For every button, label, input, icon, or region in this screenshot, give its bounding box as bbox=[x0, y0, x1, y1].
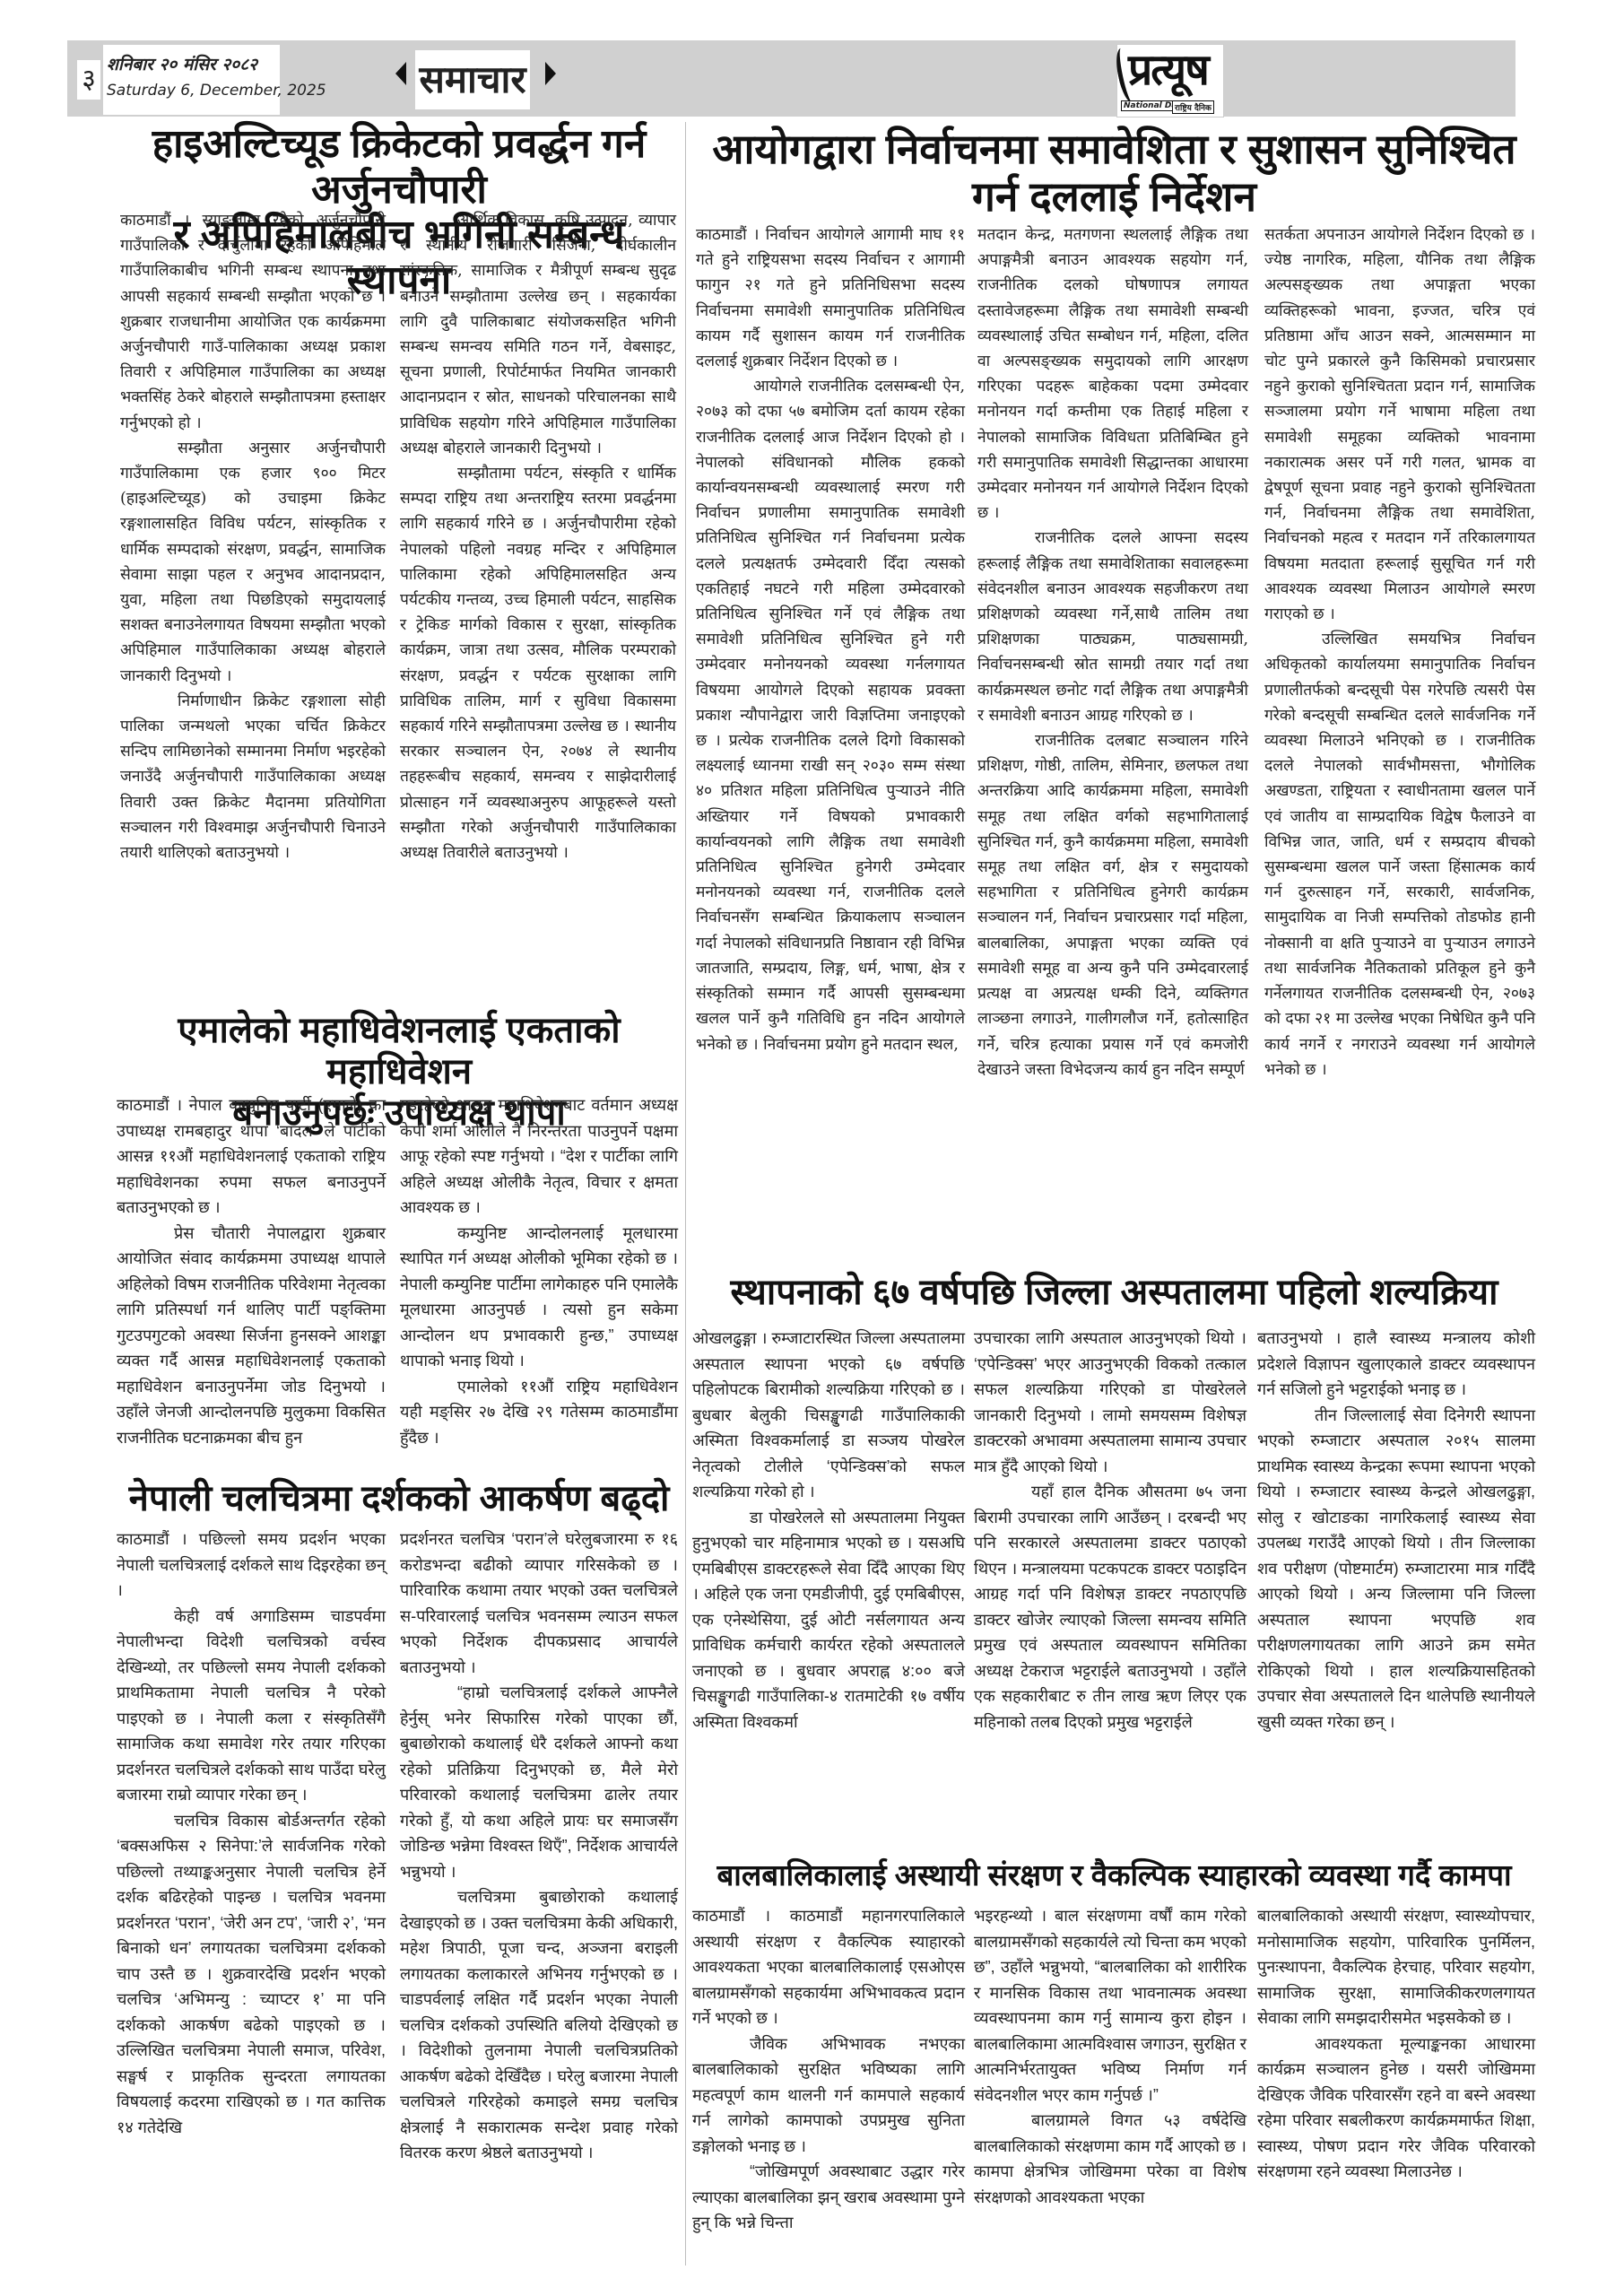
article-column: भइरहन्थ्यो । बाल संरक्षणमा वर्षौं काम गर… bbox=[974, 1903, 1246, 2210]
logo-title: प्रत्यूष bbox=[1128, 39, 1208, 98]
triangle-left-icon bbox=[395, 62, 406, 85]
paragraph: राजनीतिक दलबाट सञ्चालन गरिने प्रशिक्षण, … bbox=[977, 728, 1248, 1083]
paragraph: कम्युनिष्ट आन्दोलनलाई मूलधारमा स्थापित ग… bbox=[400, 1221, 678, 1374]
paragraph: “हाम्रो चलचित्रलाई दर्शकले आफ्नैले हेर्न… bbox=[400, 1680, 678, 1884]
paragraph: राजनीतिक दलले आफ्ना सदस्य हरूलाई लैङ्गिक… bbox=[977, 526, 1248, 728]
article-column: काठमाडौं । निर्वाचन आयोगले आगामी माघ ११ … bbox=[696, 222, 965, 1057]
paragraph: सम्झौतामा पर्यटन, संस्कृति र धार्मिक सम्… bbox=[400, 461, 676, 865]
paragraph: काठमाडौं । नेपाल कम्युनिष्ट पार्टी (एमाल… bbox=[117, 1092, 386, 1221]
paragraph: मतदान केन्द्र, मतगणना स्थललाई लैङ्गिक तथ… bbox=[977, 222, 1248, 526]
paragraph: काठमाडौं । निर्वाचन आयोगले आगामी माघ ११ … bbox=[696, 222, 965, 374]
paragraph: यहाँ हाल दैनिक औसतमा ७५ जना बिरामी उपचार… bbox=[974, 1479, 1246, 1735]
paragraph: बालबालिकाको अस्थायी संरक्षण, स्वास्थ्योप… bbox=[1257, 1903, 1535, 2031]
paragraph: आयोगले राजनीतिक दलसम्बन्धी ऐन, २०७३ को द… bbox=[696, 374, 965, 1057]
headline-line: गर्न दललाई निर्देशन bbox=[690, 173, 1538, 221]
article-column: काठमाडौं । काठमाडौं महानगरपालिकाले अस्था… bbox=[692, 1903, 965, 2236]
paragraph: एमालेको ११औं राष्ट्रिय महाधिवेशन यही मङ्… bbox=[400, 1374, 678, 1451]
paragraph: उल्लिखित समयभित्र निर्वाचन अधिकृतको कार्… bbox=[1264, 627, 1535, 1083]
section-title: समाचार bbox=[415, 50, 530, 109]
article-column: बालबालिकाको अस्थायी संरक्षण, स्वास्थ्योप… bbox=[1257, 1903, 1535, 2185]
paragraph: ओखलढुङ्गा । रुम्जाटारस्थित जिल्ला अस्पता… bbox=[692, 1326, 965, 1505]
paragraph: प्रदर्शनरत चलचित्र ‘परान’ले घरेलुबजारमा … bbox=[400, 1526, 678, 1680]
paragraph: निर्माणाधीन क्रिकेट रङ्गशाला सोही पालिका… bbox=[120, 689, 386, 865]
article-column: सतर्कता अपनाउन आयोगले निर्देशन दिएको छ ।… bbox=[1264, 222, 1535, 1083]
headline-line: आयोगद्वारा निर्वाचनमा समावेशिता र सुशासन… bbox=[690, 126, 1538, 173]
paragraph: आवश्यकता मूल्याङ्कनका आधारमा कार्यक्रम स… bbox=[1257, 2031, 1535, 2185]
paragraph: चलचित्र विकास बोर्डअन्तर्गत रहेको ‘बक्सअ… bbox=[117, 1808, 386, 2141]
paragraph: काठमाडौं । पछिल्लो समय प्रदर्शन भएका नेप… bbox=[117, 1526, 386, 1604]
article-column: ओखलढुङ्गा । रुम्जाटारस्थित जिल्ला अस्पता… bbox=[692, 1326, 965, 1735]
masthead-band bbox=[67, 40, 1515, 117]
article-column: बताउनुभयो । हालै स्वास्थ्य मन्त्रालय कोश… bbox=[1257, 1326, 1535, 1735]
headline-film: नेपाली चलचित्रमा दर्शकको आकर्षण बढ्दो bbox=[117, 1478, 682, 1519]
paragraph: जैविक अभिभावक नभएका बालबालिकाको सुरक्षित… bbox=[692, 2031, 965, 2160]
paragraph: डा पोखरेलले सो अस्पतालमा नियुक्त हुनुभएक… bbox=[692, 1505, 965, 1735]
paragraph: काठमाडौं । स्याङ्जामा रहेको अर्जुनचौपारी… bbox=[120, 208, 386, 436]
logo-tag-nepali: राष्ट्रिय दैनिक bbox=[1172, 100, 1214, 114]
paragraph: बालग्रामले विगत ५३ वर्षदेखि बालबालिकाको … bbox=[974, 2108, 1246, 2210]
paragraph: “जोखिमपूर्ण अवस्थाबाट उद्धार गरेर ल्याएक… bbox=[692, 2159, 965, 2236]
headline-hospital: स्थापनाको ६७ वर्षपछि जिल्ला अस्पतालमा पह… bbox=[690, 1272, 1538, 1313]
date-nepali: शनिबार २० मंसिर २०८२ bbox=[107, 52, 257, 75]
headline-line: एमालेको महाधिवेशनलाई एकताको महाधिवेशन bbox=[117, 1010, 682, 1092]
article-column: प्रदर्शनरत चलचित्र ‘परान’ले घरेलुबजारमा … bbox=[400, 1526, 678, 2166]
paragraph: सतर्कता अपनाउन आयोगले निर्देशन दिएको छ ।… bbox=[1264, 222, 1535, 627]
paragraph: प्रेस चौतारी नेपालद्वारा शुक्रबार आयोजित… bbox=[117, 1221, 386, 1451]
headline-election: आयोगद्वारा निर्वाचनमा समावेशिता र सुशासन… bbox=[690, 126, 1538, 221]
article-column: मतदान केन्द्र, मतगणना स्थललाई लैङ्गिक तथ… bbox=[977, 222, 1248, 1083]
page-number: ३ bbox=[77, 60, 100, 100]
paragraph: आर्थिक विकास, कृषि उत्पादन, व्यापार र स्… bbox=[400, 208, 676, 461]
headline-line: हाइअल्टिच्यूड क्रिकेटको प्रवर्द्धन गर्न … bbox=[117, 122, 682, 213]
article-column: काठमाडौं । पछिल्लो समय प्रदर्शन भएका नेप… bbox=[117, 1526, 386, 2140]
date-english: Saturday 6, December, 2025 bbox=[107, 82, 326, 100]
article-column: काठमाडौं । स्याङ्जामा रहेको अर्जुनचौपारी… bbox=[120, 208, 386, 865]
article-column: उपचारका लागि अस्पताल आउनुभएको थियो । ‘एप… bbox=[974, 1326, 1246, 1735]
paragraph: भइरहन्थ्यो । बाल संरक्षणमा वर्षौं काम गर… bbox=[974, 1903, 1246, 2108]
paragraph: बताउनुभयो । हालै स्वास्थ्य मन्त्रालय कोश… bbox=[1257, 1326, 1535, 1403]
paragraph: चलचित्रमा बुबाछोराको कथालाई देखाइएको छ ।… bbox=[400, 1884, 678, 2166]
paragraph: उपचारका लागि अस्पताल आउनुभएको थियो । ‘एप… bbox=[974, 1326, 1246, 1479]
headline-children: बालबालिकालाई अस्थायी संरक्षण र वैकल्पिक … bbox=[690, 1858, 1538, 1892]
article-column: आर्थिक विकास, कृषि उत्पादन, व्यापार र स्… bbox=[400, 208, 676, 865]
triangle-right-icon bbox=[545, 62, 556, 85]
paragraph: केही वर्ष अगाडिसम्म चाडपर्वमा नेपालीभन्द… bbox=[117, 1604, 386, 1808]
article-column: काठमाडौं । नेपाल कम्युनिष्ट पार्टी (एमाल… bbox=[117, 1092, 386, 1450]
paragraph: तीन जिल्लालाई सेवा दिनेगरी स्थापना भएको … bbox=[1257, 1403, 1535, 1735]
paragraph: गइरहेको आसन्न महाधिवेशनबाट वर्तमान अध्यक… bbox=[400, 1092, 678, 1221]
article-column: गइरहेको आसन्न महाधिवेशनबाट वर्तमान अध्यक… bbox=[400, 1092, 678, 1450]
paragraph: काठमाडौं । काठमाडौं महानगरपालिकाले अस्था… bbox=[692, 1903, 965, 2031]
column-divider bbox=[685, 122, 686, 2266]
paragraph: सम्झौता अनुसार अर्जुनचौपारी गाउँपालिकामा… bbox=[120, 436, 386, 689]
